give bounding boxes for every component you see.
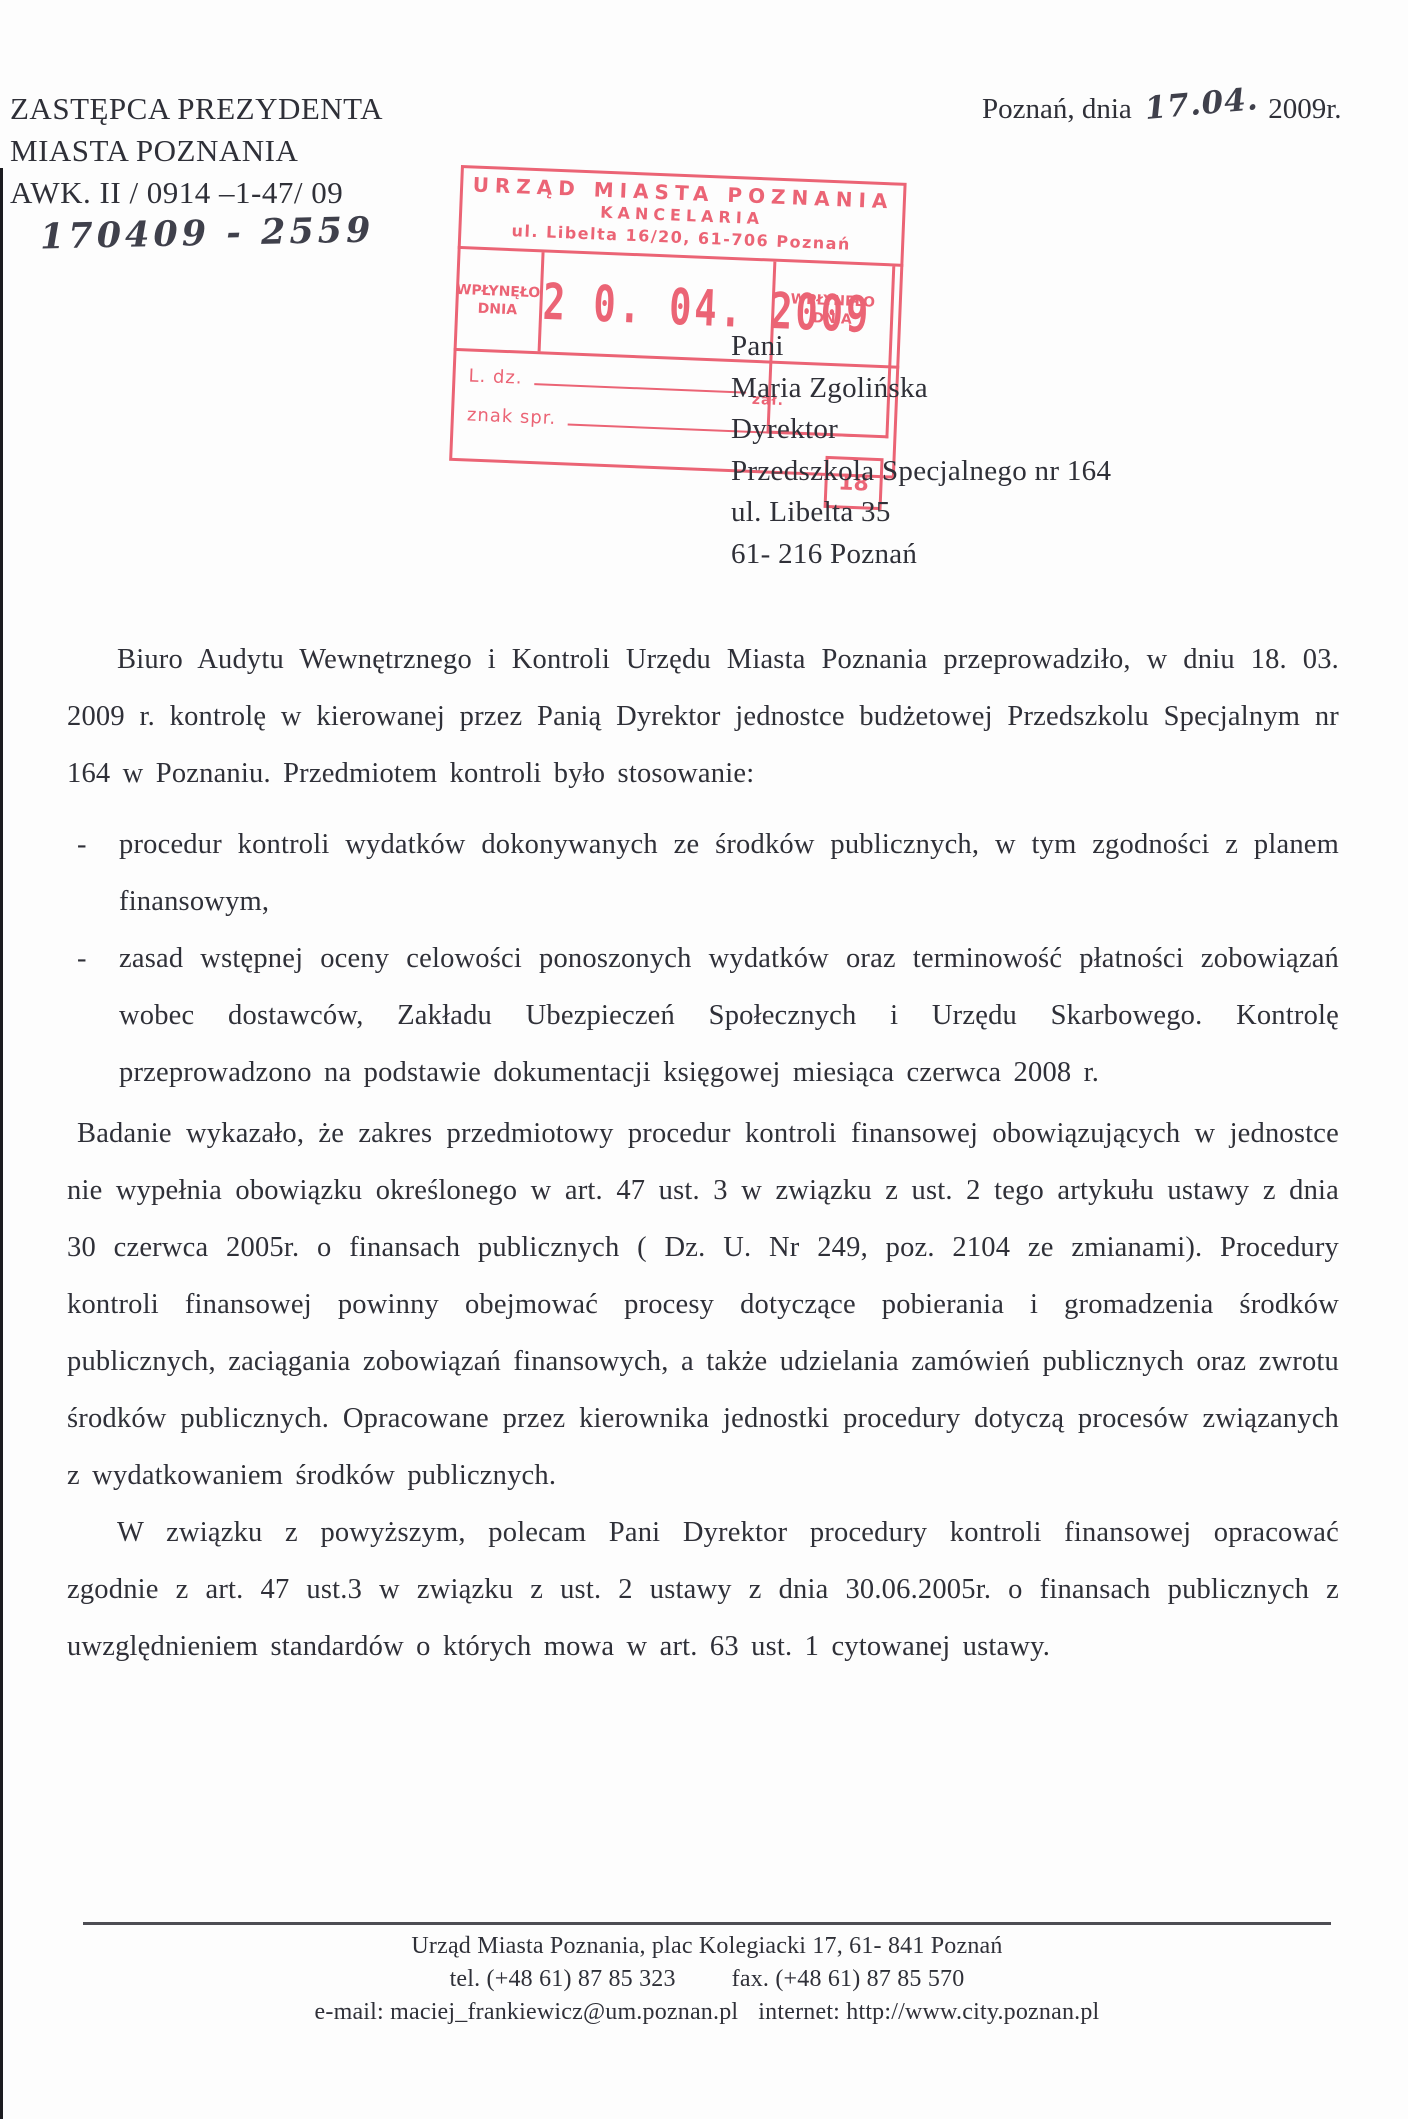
bullet-dash: - [67,816,119,930]
list-item: - procedur kontroli wydatków dokonywanyc… [67,816,1339,930]
letter-body: Biuro Audytu Wewnętrznego i Kontroli Urz… [67,631,1339,1675]
footer-divider [83,1922,1331,1925]
sender-title-line1: ZASTĘPCA PREZYDENTA [10,88,383,130]
recipient-title: Dyrektor [731,409,1111,451]
bullet-text: zasad wstępnej oceny celowości ponoszony… [119,930,1339,1101]
recipient-street: ul. Libelta 35 [731,492,1111,534]
body-paragraph-1: Biuro Audytu Wewnętrznego i Kontroli Urz… [67,631,1339,802]
list-item: - zasad wstępnej oceny celowości ponoszo… [67,930,1339,1101]
recipient-block: Pani Maria Zgolińska Dyrektor Przedszkol… [731,326,1111,575]
footer-internet: internet: http://www.city.poznan.pl [758,1999,1099,2025]
scan-edge-artifact [0,168,3,2119]
stamp-received-dnia: DNIA [477,299,517,319]
footer-address-line: Urząd Miasta Poznania, plac Kolegiacki 1… [83,1930,1331,1963]
footer-tel: tel. (+48 61) 87 85 323 [450,1966,676,1992]
bullet-dash: - [67,930,119,1101]
bullet-list: - procedur kontroli wydatków dokonywanyc… [67,816,1339,1101]
case-reference-number: AWK. II / 0914 –1-47/ 09 [10,172,383,214]
stamp-ldz-label: L. dz. [468,365,523,388]
stamp-znak-label: znak spr. [467,404,557,429]
stamp-ldz-blank-line [534,383,746,394]
footer-email: e-mail: maciej_frankiewicz@um.poznan.pl [315,1999,739,2025]
body-paragraph-3: W związku z powyższym, polecam Pani Dyre… [67,1504,1339,1675]
recipient-city: 61- 216 Poznań [731,534,1111,576]
footer-fax: fax. (+48 61) 87 85 570 [732,1966,965,1992]
sender-title-line2: MIASTA POZNANIA [10,130,383,172]
footer-phone-line: tel. (+48 61) 87 85 323fax. (+48 61) 87 … [83,1963,1331,1996]
bullet-text: procedur kontroli wydatków dokonywanych … [119,816,1339,930]
letter-footer: Urząd Miasta Poznania, plac Kolegiacki 1… [83,1922,1331,2029]
stamp-received-word: WPŁYNĘŁO [790,290,875,311]
date-year-suffix: 2009r. [1268,93,1341,125]
recipient-name: Maria Zgolińska [731,368,1111,410]
handwritten-date: 17.04. [1143,81,1260,127]
stamp-received-word: WPŁYNĘŁO [456,280,541,301]
stamp-received-label-left: WPŁYNĘŁO DNIA [454,249,545,351]
place-date-prefix: Poznań, dnia [982,93,1132,125]
body-paragraph-2: Badanie wykazało, że zakres przedmiotowy… [67,1105,1339,1504]
scanned-letter-page: ZASTĘPCA PREZYDENTA MIASTA POZNANIA AWK.… [0,0,1408,2119]
recipient-institution: Przedszkola Specjalnego nr 164 [731,451,1111,493]
recipient-salutation: Pani [731,326,1111,368]
handwritten-case-number: 170409 - 2559 [40,210,375,259]
footer-email-line: e-mail: maciej_frankiewicz@um.poznan.pli… [83,1996,1331,2029]
place-and-date-line: Poznań, dnia 17.04. 2009r. [982,90,1342,126]
sender-letterhead: ZASTĘPCA PREZYDENTA MIASTA POZNANIA AWK.… [10,88,383,256]
